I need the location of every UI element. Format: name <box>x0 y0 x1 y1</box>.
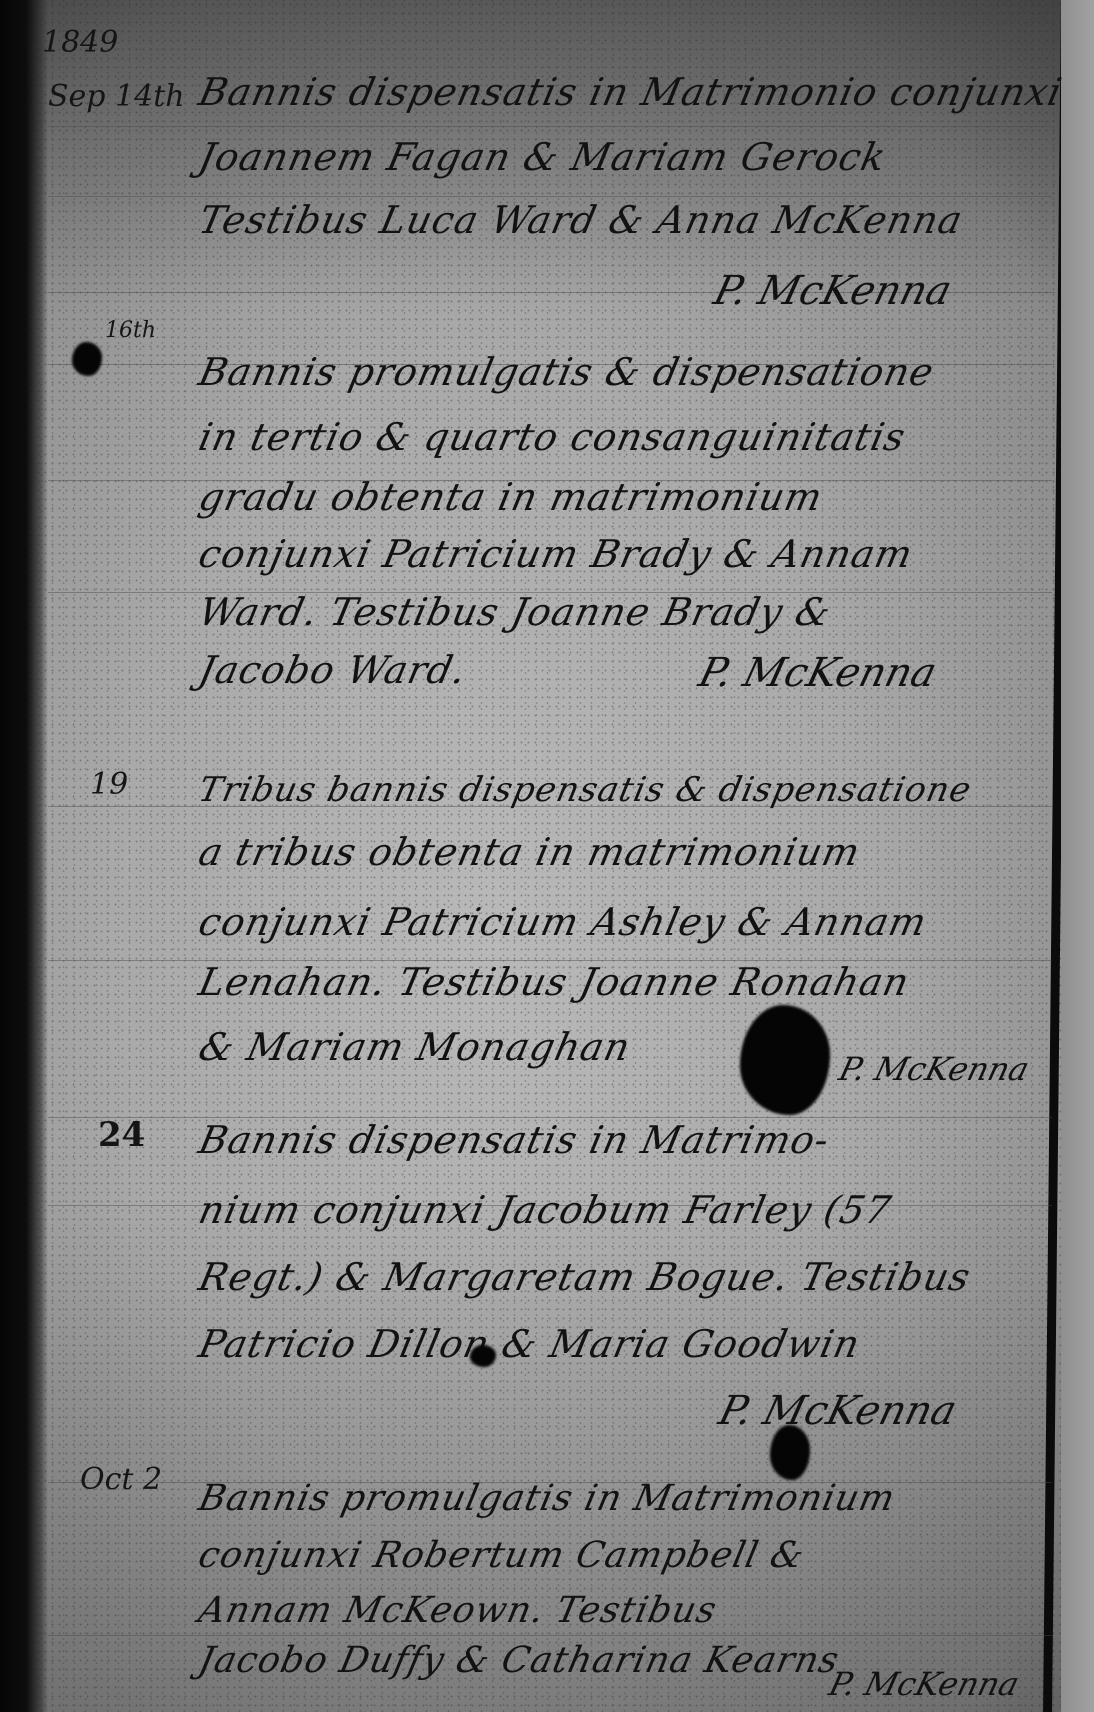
entry-text-line: conjunxi Robertum Campbell & <box>195 1535 1054 1576</box>
entry-text-line: Annam McKeown. Testibus <box>195 1590 1054 1631</box>
entry-text-line: Regt.) & Margaretam Bogue. Testibus <box>195 1255 1054 1299</box>
entry-text-line: Bannis dispensatis in Matrimonio conjunx… <box>195 70 1054 114</box>
entry-text-line: gradu obtenta in matrimonium <box>195 475 1054 519</box>
ink-blot <box>470 1345 496 1367</box>
entry-text-line: Patricio Dillon & Maria Goodwin <box>195 1322 1054 1366</box>
ink-blot <box>740 1005 830 1115</box>
entry-text-line: conjunxi Patricium Brady & Annam <box>195 532 1054 576</box>
entry-date: Oct 2 <box>80 1465 162 1495</box>
priest-signature: P. McKenna <box>835 1050 1033 1088</box>
entry-date: 19 <box>90 770 128 800</box>
register-page: 1849 Sep 14th Bannis dispensatis in Matr… <box>0 0 1094 1712</box>
entry-text-line: & Mariam Monaghan <box>195 1025 724 1069</box>
entry-text-line: in tertio & quarto consanguinitatis <box>195 415 1054 459</box>
priest-signature: P. McKenna <box>694 650 941 696</box>
entry-date: 24 <box>98 1118 145 1152</box>
entry-text-line: Lenahan. Testibus Joanne Ronahan <box>195 960 1054 1004</box>
priest-signature: P. McKenna <box>709 268 956 314</box>
ruled-line <box>48 1635 1052 1636</box>
entry-text-line: a tribus obtenta in matrimonium <box>195 830 1054 874</box>
entry-text-line: Bannis dispensatis in Matrimo- <box>195 1118 1054 1162</box>
entry-text-line: conjunxi Patricium Ashley & Annam <box>195 900 1054 944</box>
year-heading: 1849 <box>42 28 118 58</box>
ink-blot <box>72 342 102 376</box>
entry-text-line: Tribus bannis dispensatis & dispensation… <box>195 770 1054 810</box>
entry-text-line: nium conjunxi Jacobum Farley (57 <box>195 1188 1054 1232</box>
entry-date: 16th <box>105 320 156 342</box>
priest-signature: P. McKenna <box>825 1665 1023 1703</box>
adjacent-page-strip <box>1061 0 1094 1712</box>
entry-text-line: Jacobo Ward. <box>195 648 624 692</box>
entry-text-line: Joannem Fagan & Mariam Gerock <box>195 135 1054 179</box>
entry-text-line: Bannis promulgatis in Matrimonium <box>195 1478 1054 1519</box>
entry-text-line: Testibus Luca Ward & Anna McKenna <box>195 198 1054 242</box>
page-binding-shadow <box>0 0 48 1712</box>
ruled-line <box>48 196 1052 197</box>
priest-signature: P. McKenna <box>714 1388 961 1434</box>
entry-text-line: Ward. Testibus Joanne Brady & <box>195 590 1054 634</box>
ruled-line <box>48 126 1052 127</box>
entry-date: Sep 14th <box>48 82 185 112</box>
entry-text-line: Bannis promulgatis & dispensatione <box>195 350 1054 394</box>
